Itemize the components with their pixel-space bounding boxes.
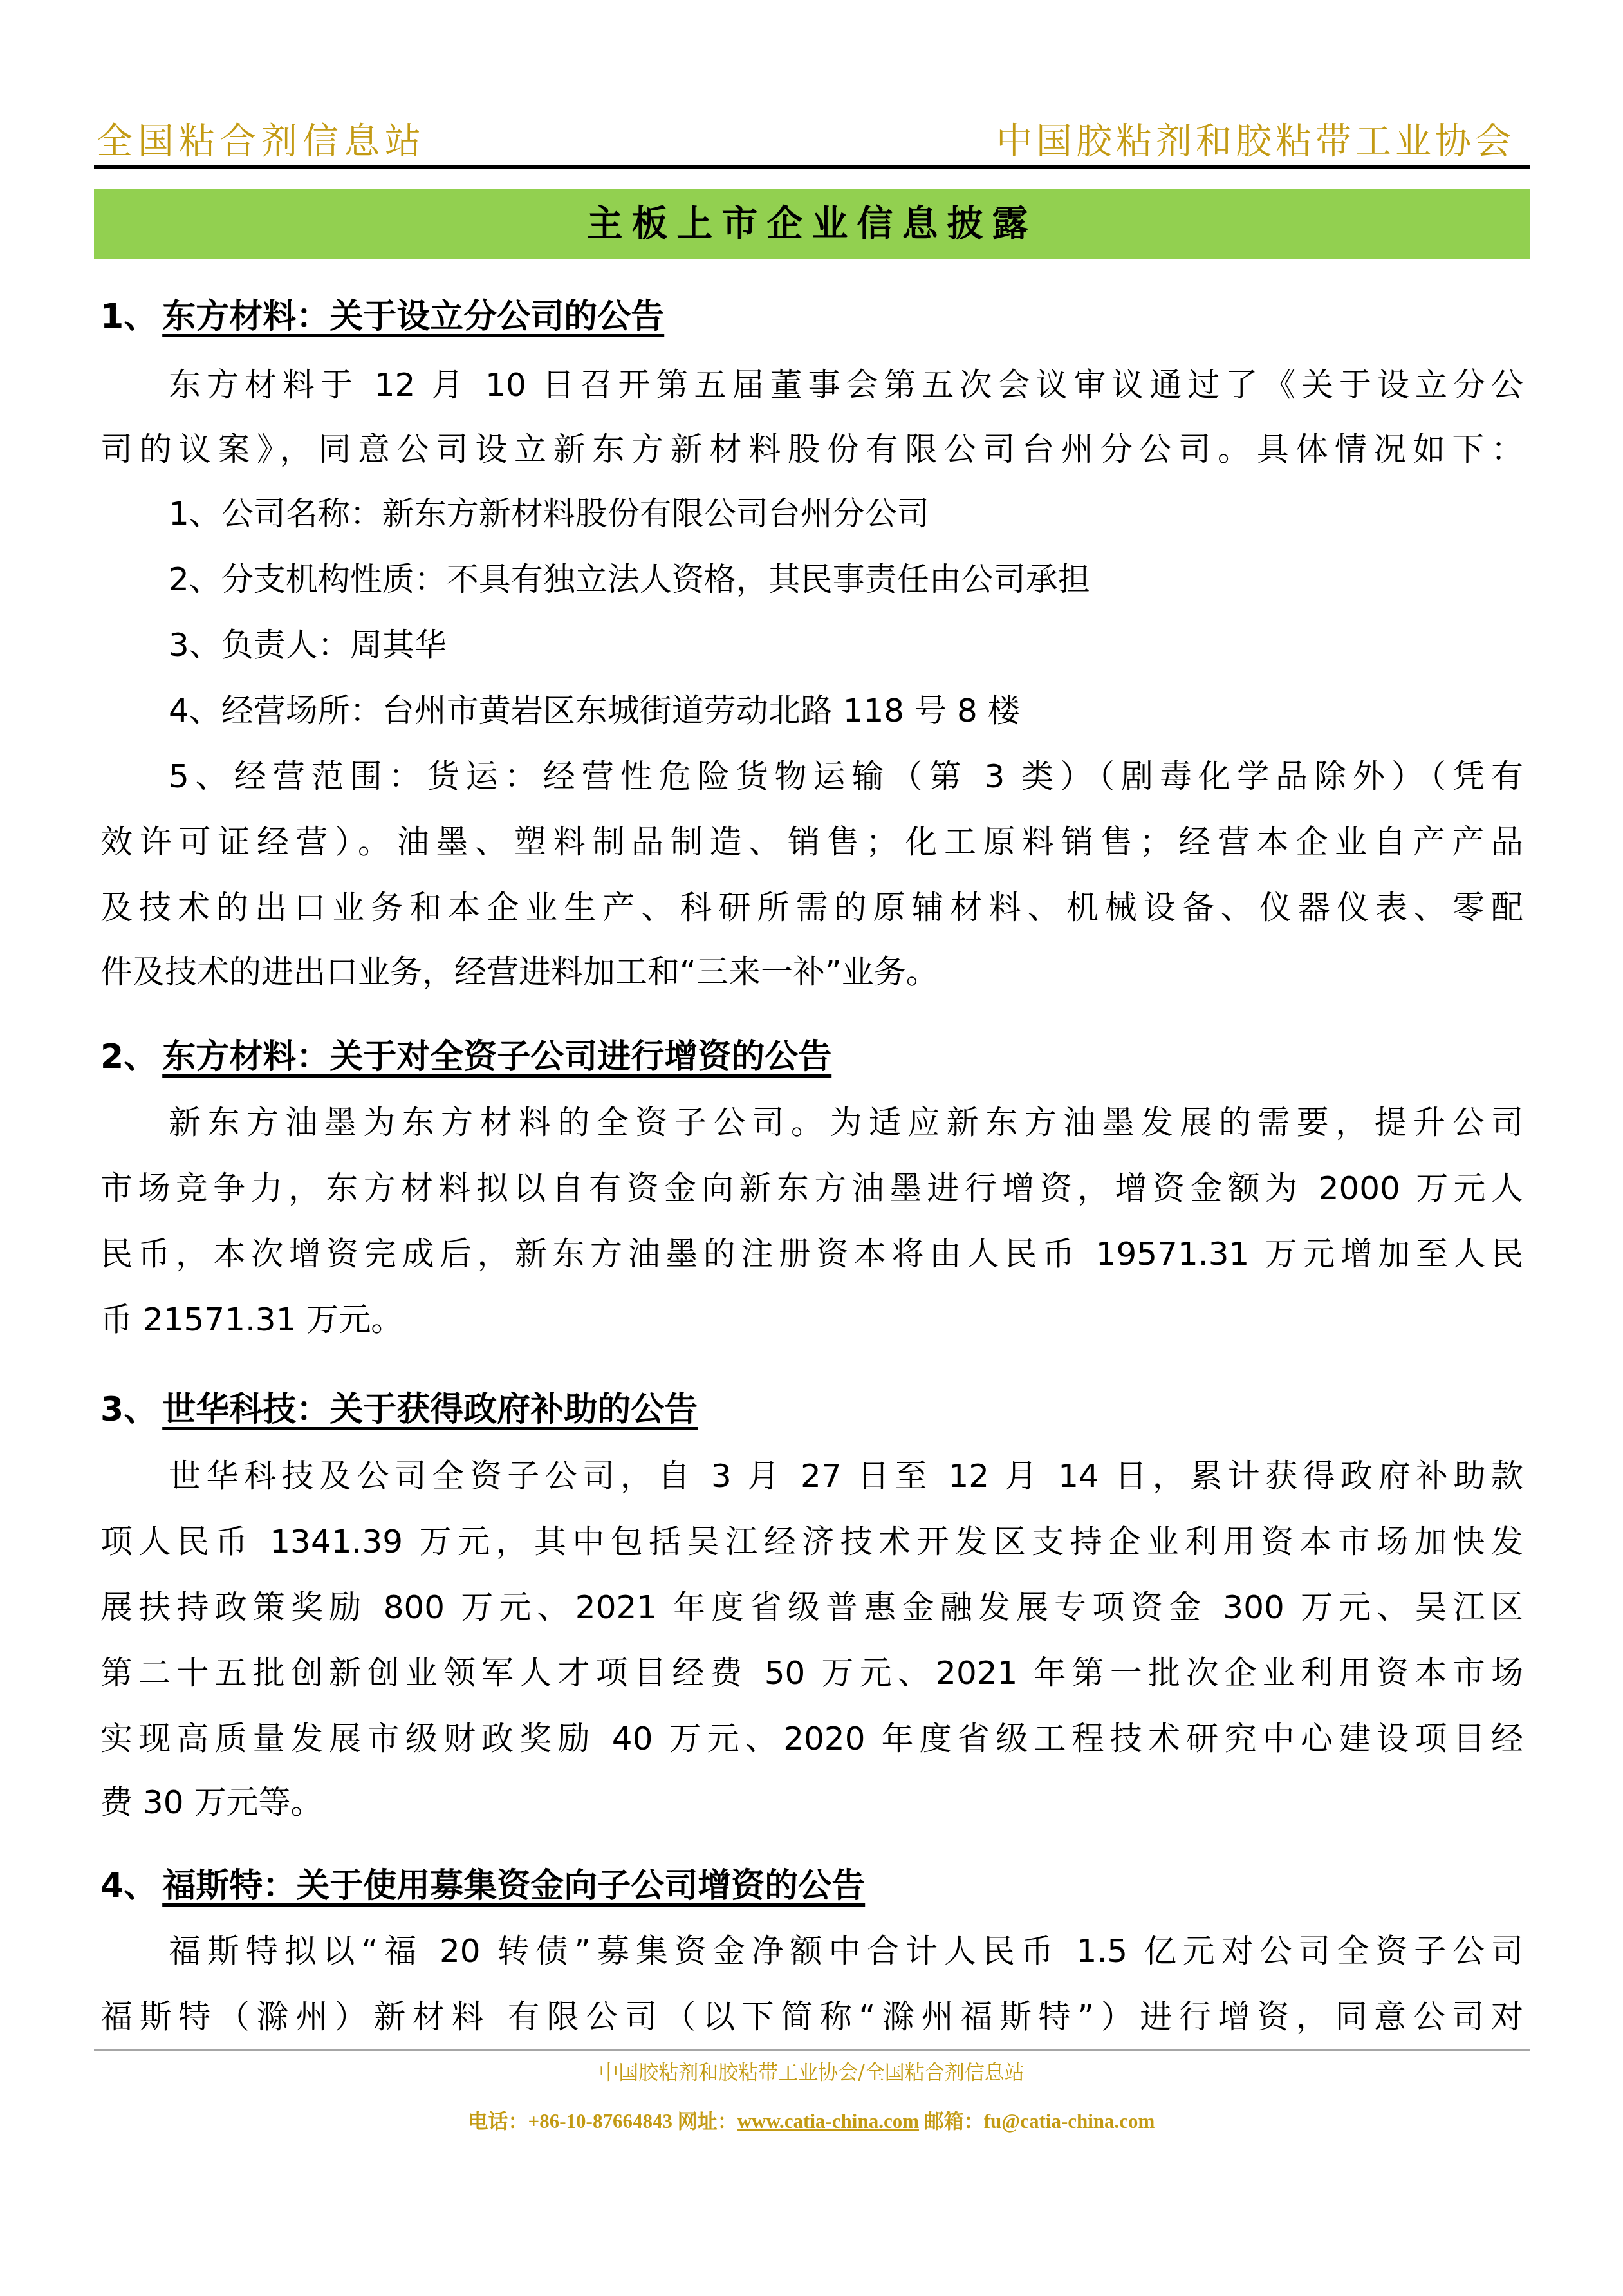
list-item: 2、分支机构性质：不具有独立法人资格，其民事责任由公司承担: [169, 546, 1523, 612]
paragraph-line: 福斯特拟以“福 20 转债”募集资金净额中合计人民币 1.5 亿元对公司全资子公…: [169, 1918, 1523, 1984]
footer-divider: [94, 2049, 1530, 2051]
site-name-left: 全国粘合剂信息站: [97, 120, 426, 163]
paragraph-line: 福斯特（滁州）新材料 有限公司（以下简称“滁州福斯特”）进行增资，同意公司对: [100, 1984, 1523, 2049]
paragraph-line: 效许可证经营）。油墨、塑料制品制造、销售；化工原料销售；经营本企业自产产品: [100, 809, 1523, 875]
paragraph-line: 司的议案》，同意公司设立新东方新材料股份有限公司台州分公司。具体情况如下：: [100, 416, 1523, 482]
website-label: 网址：: [672, 2110, 737, 2133]
phone-number: +86-10-87664843: [528, 2110, 672, 2133]
section-heading-2: 2、东方材料：关于对全资子公司进行增资的公告: [100, 1031, 831, 1083]
banner-title: 主板上市企业信息披露: [587, 206, 1037, 242]
paragraph-line: 第二十五批创新创业领军人才项目经费 50 万元、2021 年第一批次企业利用资本…: [100, 1640, 1523, 1706]
email-label: 邮箱：: [919, 2110, 984, 2133]
footer-org-line: 中国胶粘剂和胶粘带工业协会/全国粘合剂信息站: [0, 2060, 1623, 2086]
section-title: 福斯特：关于使用募集资金向子公司增资的公告: [162, 1867, 865, 1905]
list-item: 1、公司名称：新东方新材料股份有限公司台州分公司: [169, 481, 1523, 546]
paragraph-line: 币 21571.31 万元。: [100, 1287, 1523, 1352]
section-title: 东方材料：关于设立分公司的公告: [162, 297, 664, 336]
website-link[interactable]: www.catia-china.com: [737, 2110, 919, 2133]
email-address[interactable]: fu@catia-china.com: [984, 2110, 1155, 2133]
section-number: 2、: [100, 1038, 157, 1076]
paragraph-line: 件及技术的进出口业务，经营进料加工和“三来一补”业务。: [100, 939, 1523, 1005]
list-item: 5、经营范围：货运：经营性危险货物运输（第 3 类）（剧毒化学品除外）（凭有: [169, 743, 1523, 809]
paragraph-line: 世华科技及公司全资子公司，自 3 月 27 日至 12 月 14 日，累计获得政…: [169, 1443, 1523, 1509]
section-banner: 主板上市企业信息披露: [94, 189, 1530, 259]
phone-label: 电话：: [468, 2110, 528, 2133]
paragraph-line: 东方材料于 12 月 10 日召开第五届董事会第五次会议审议通过了《关于设立分公: [169, 352, 1523, 418]
paragraph-line: 市场竞争力，东方材料拟以自有资金向新东方油墨进行增资，增资金额为 2000 万元…: [100, 1155, 1523, 1221]
paragraph-line: 实现高质量发展市级财政奖励 40 万元、2020 年度省级工程技术研究中心建设项…: [100, 1706, 1523, 1771]
section-heading-3: 3、世华科技：关于获得政府补助的公告: [100, 1384, 698, 1435]
paragraph-line: 新东方油墨为东方材料的全资子公司。为适应新东方油墨发展的需要，提升公司: [169, 1090, 1523, 1155]
list-item: 3、负责人：周其华: [169, 612, 1523, 678]
section-heading-4: 4、福斯特：关于使用募集资金向子公司增资的公告: [100, 1860, 865, 1912]
section-title: 世华科技：关于获得政府补助的公告: [162, 1390, 698, 1429]
section-number: 3、: [100, 1390, 157, 1429]
section-heading-1: 1、东方材料：关于设立分公司的公告: [100, 291, 664, 342]
section-number: 4、: [100, 1867, 157, 1905]
footer-contact-line: 电话：+86-10-87664843 网址：www.catia-china.co…: [0, 2109, 1623, 2134]
paragraph-line: 展扶持政策奖励 800 万元、2021 年度省级普惠金融发展专项资金 300 万…: [100, 1574, 1523, 1640]
paragraph-line: 民币，本次增资完成后，新东方油墨的注册资本将由人民币 19571.31 万元增加…: [100, 1221, 1523, 1287]
section-title: 东方材料：关于对全资子公司进行增资的公告: [162, 1038, 831, 1076]
section-number: 1、: [100, 297, 157, 336]
paragraph-line: 费 30 万元等。: [100, 1769, 1523, 1835]
paragraph-line: 项人民币 1341.39 万元，其中包括吴江经济技术开发区支持企业利用资本市场加…: [100, 1509, 1523, 1574]
paragraph-line: 及技术的出口业务和本企业生产、科研所需的原辅材料、机械设备、仪器仪表、零配: [100, 875, 1523, 940]
association-name-right: 中国胶粘剂和胶粘带工业协会: [996, 120, 1515, 163]
list-item: 4、经营场所：台州市黄岩区东城街道劳动北路 118 号 8 楼: [169, 678, 1523, 743]
header-divider: [94, 165, 1530, 169]
